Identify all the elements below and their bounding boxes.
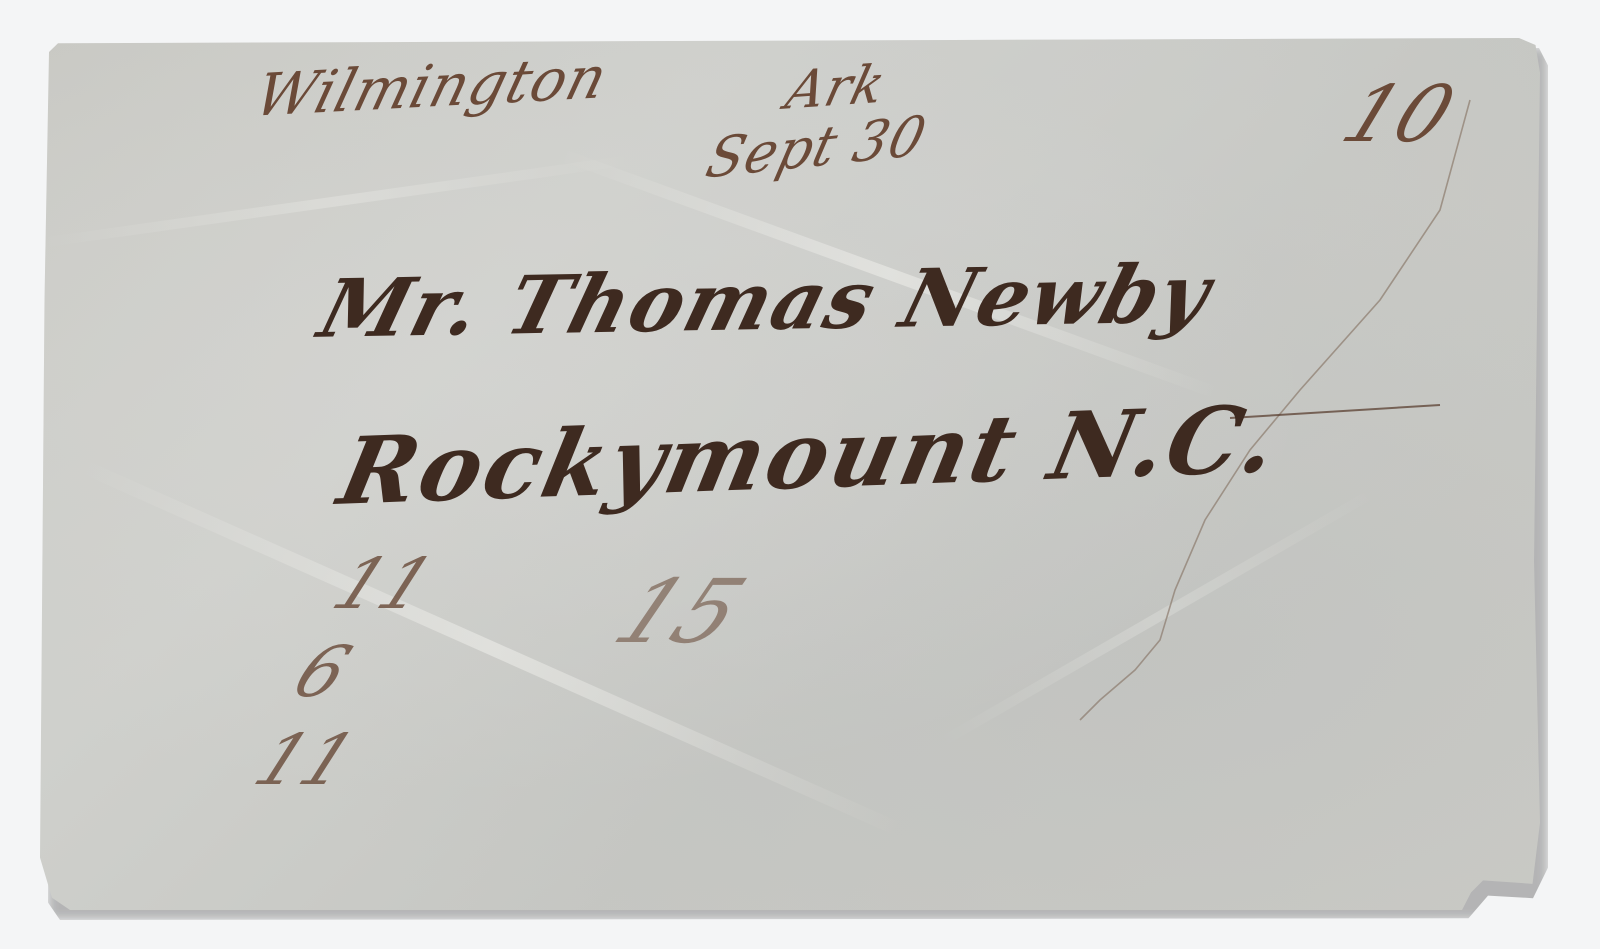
addressee-name: Mr. Thomas Newby [310, 246, 1222, 356]
paper-crease [39, 155, 635, 248]
paper-crease [938, 489, 1376, 748]
scan-background: Wilmington Ark Sept 30 10 Mr. Thomas New… [0, 0, 1600, 949]
